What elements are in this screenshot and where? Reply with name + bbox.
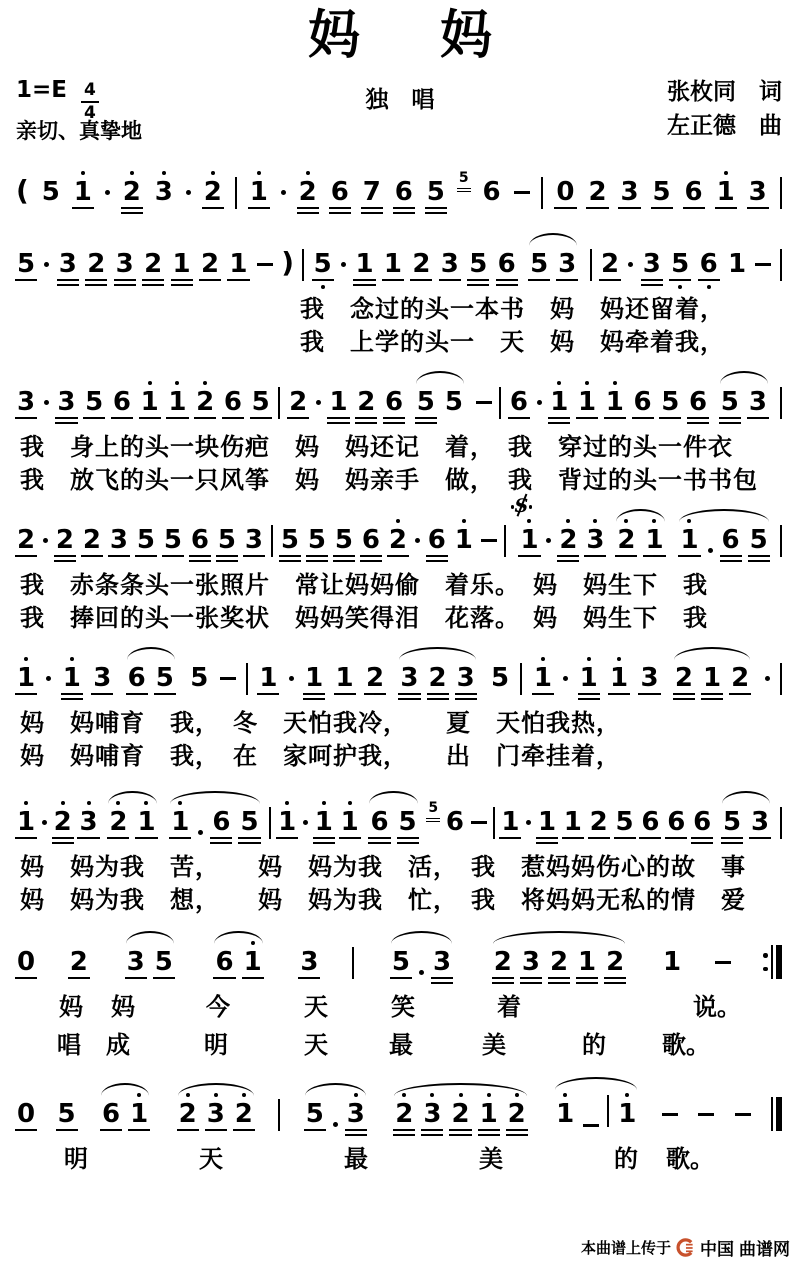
duration-underline <box>329 212 351 214</box>
duration-underline <box>56 1129 78 1131</box>
duration-underline <box>329 207 351 209</box>
barline <box>780 663 782 695</box>
duration-underline <box>665 837 687 839</box>
duration-underline <box>426 821 440 823</box>
note: 5 <box>468 251 488 277</box>
slur-group: 21 <box>612 527 668 553</box>
duration-underline <box>61 698 83 700</box>
note: 6 <box>361 527 381 553</box>
lyric-syllable: 歌。 <box>666 1142 714 1175</box>
augmentation-dot <box>289 676 294 681</box>
duration-underline <box>618 207 640 209</box>
note: 6 <box>699 251 719 277</box>
lyricist-credit: 张枚同 词 <box>667 75 782 109</box>
duration-underline <box>298 977 320 979</box>
note: 2 <box>730 665 750 691</box>
augmentation-dot <box>563 676 568 681</box>
duration-underline <box>421 1129 443 1131</box>
note: 7 <box>362 179 382 205</box>
duration-underline <box>368 842 390 844</box>
augmentation-dot <box>708 548 713 553</box>
duration-underline <box>339 837 361 839</box>
note: 2 <box>356 389 376 415</box>
augmentation-dot <box>303 820 308 825</box>
dash-extension <box>514 191 530 194</box>
octave-dot-above <box>175 381 179 385</box>
lyric-syllable: 天 <box>199 1142 223 1175</box>
octave-dot-above <box>178 801 182 805</box>
duration-underline <box>303 693 325 695</box>
duration-underline <box>576 982 598 984</box>
duration-underline <box>169 837 191 839</box>
barline <box>780 249 782 281</box>
duration-underline <box>85 279 107 281</box>
augmentation-dot <box>765 676 770 681</box>
slur-group: 23212 <box>390 1101 530 1127</box>
note: 2 <box>200 251 220 277</box>
grace-note: 5 <box>427 801 439 815</box>
note: 3 <box>440 251 460 277</box>
slur-group: 65 <box>123 665 179 691</box>
lyric-syllable: 美 <box>479 1142 503 1175</box>
duration-underline <box>608 693 630 695</box>
note: 1 <box>563 809 583 835</box>
barline <box>504 525 506 557</box>
note: 1 <box>328 389 348 415</box>
lyric-syllable: 唱 <box>57 1028 81 1061</box>
duration-underline <box>57 284 79 286</box>
duration-underline <box>189 560 211 562</box>
note: 5 <box>720 389 740 415</box>
note: 3 <box>206 1101 226 1127</box>
barline <box>541 177 543 209</box>
duration-underline <box>213 977 235 979</box>
lyric-line: 我 身上的头一块伤疤 妈 妈还记 着， 我 穿过的头一件衣 <box>20 430 786 463</box>
music-system: 2223556535556261S12321165我 赤条条头一张照片 常让妈妈… <box>14 505 786 634</box>
octave-dot-above <box>462 519 466 523</box>
augmentation-dot <box>198 830 203 835</box>
note: 6 <box>394 179 414 205</box>
augmentation-dot <box>44 262 49 267</box>
note: 1 <box>172 251 192 277</box>
note: 1 <box>335 665 355 691</box>
duration-underline <box>578 693 600 695</box>
slur-group: 35 <box>122 949 178 975</box>
note: 6 <box>427 527 447 553</box>
augmentation-dot <box>526 820 531 825</box>
duration-underline <box>171 284 193 286</box>
note: 3 <box>299 949 319 975</box>
octave-dot-above <box>625 1093 629 1097</box>
duration-underline <box>397 837 419 839</box>
note: 1 <box>249 179 269 205</box>
duration-underline <box>508 417 530 419</box>
lyric-syllable: 着 <box>497 990 521 1023</box>
note: 2 <box>493 949 513 975</box>
augmentation-dot <box>333 1122 338 1127</box>
note: 5 <box>251 389 271 415</box>
dash-extension <box>471 821 487 824</box>
duration-underline <box>383 422 405 424</box>
octave-dot-above <box>186 1093 190 1097</box>
duration-underline <box>162 555 184 557</box>
duration-underline <box>128 1129 150 1131</box>
note: 2 <box>298 179 318 205</box>
note: 2 <box>234 1101 254 1127</box>
note: 1 <box>73 179 93 205</box>
note: 1 <box>277 809 297 835</box>
note: 3 <box>346 1101 366 1127</box>
notation-row: 1232116511165561112566653 <box>14 781 786 850</box>
duration-underline <box>139 417 161 419</box>
duration-underline <box>306 560 328 562</box>
credits: 张枚同 词 左正德 曲 <box>667 75 782 143</box>
note: 1 <box>500 809 520 835</box>
octave-dot-above <box>348 801 352 805</box>
expression-marking: 亲切、真挚地 <box>16 115 142 145</box>
octave-dot-above <box>515 1093 519 1097</box>
note: 2 <box>203 179 223 205</box>
note: 3 <box>109 527 129 553</box>
lyric-syllable: 妈 <box>59 990 83 1023</box>
duration-underline <box>520 982 542 984</box>
note: 5 <box>444 389 464 415</box>
duration-underline <box>520 977 542 979</box>
dash-extension <box>735 1113 751 1116</box>
barline <box>520 663 522 695</box>
duration-underline <box>425 212 447 214</box>
sheet-music-page: 妈妈 1=E44 亲切、真挚地 独 唱 张枚同 词 左正德 曲 (5123212… <box>0 0 800 1266</box>
duration-underline <box>426 555 448 557</box>
note: 6 <box>666 809 686 835</box>
lyric-line: 妈 妈哺育 我， 冬 天怕我冷， 夏 天怕我热， <box>20 706 786 739</box>
duration-underline <box>615 555 637 557</box>
duration-underline <box>83 417 105 419</box>
duration-underline <box>108 555 130 557</box>
octave-dot-above <box>87 801 91 805</box>
barline <box>499 387 501 419</box>
duration-underline <box>701 698 723 700</box>
note: 5 <box>280 527 300 553</box>
duration-underline <box>426 560 448 562</box>
note: 2 <box>143 251 163 277</box>
dash-extension <box>220 677 236 680</box>
note: 2 <box>507 1101 527 1127</box>
duration-underline <box>111 417 133 419</box>
duration-underline <box>729 693 751 695</box>
note: 5 <box>722 809 742 835</box>
barline <box>278 387 280 419</box>
octave-dot-above <box>587 657 591 661</box>
note: 3 <box>399 665 419 691</box>
duration-underline <box>683 207 705 209</box>
note: 1 <box>577 949 597 975</box>
note: 6 <box>223 389 243 415</box>
note: 1 <box>129 1101 149 1127</box>
duration-underline <box>327 422 349 424</box>
augmentation-dot <box>419 970 424 975</box>
grace-note: 5 <box>458 171 470 185</box>
duration-underline <box>177 1129 199 1131</box>
note: 5 <box>660 389 680 415</box>
duration-underline <box>243 555 265 557</box>
octave-dot-below <box>678 285 682 289</box>
lyric-syllable: 明 <box>64 1142 88 1175</box>
augmentation-dot <box>537 400 542 405</box>
note: 6 <box>482 179 502 205</box>
duration-underline <box>68 977 90 979</box>
note: 0 <box>16 1101 36 1127</box>
duration-underline <box>304 1129 326 1131</box>
duration-underline <box>431 977 453 979</box>
lyric-syllable: 歌。 <box>662 1028 710 1061</box>
lyric-syllable: 的 <box>582 1028 606 1061</box>
octave-dot-above <box>566 519 570 523</box>
duration-underline <box>548 982 570 984</box>
duration-underline <box>398 693 420 695</box>
octave-dot-above <box>251 941 255 945</box>
slur-group: 165 <box>675 527 772 553</box>
final-barline <box>771 1097 782 1131</box>
note: 3 <box>748 179 768 205</box>
note: 5 <box>391 949 411 975</box>
duration-underline <box>312 279 334 281</box>
duration-underline <box>439 279 461 281</box>
duration-underline <box>153 977 175 979</box>
octave-dot-above <box>593 519 597 523</box>
duration-underline <box>425 207 447 209</box>
note: 5 <box>84 389 104 415</box>
note: 5 <box>57 1101 77 1127</box>
octave-dot-above <box>563 1093 567 1097</box>
octave-dot-above <box>242 1093 246 1097</box>
note: 2 <box>587 179 607 205</box>
duration-underline <box>306 555 328 557</box>
duration-underline <box>126 693 148 695</box>
duration-underline <box>355 417 377 419</box>
note: 1 <box>617 1101 637 1127</box>
duration-underline <box>639 837 661 839</box>
music-system: 023561353232121妈妈今天笑着说。唱成明天最美的歌。 <box>14 925 786 1066</box>
duration-underline <box>114 279 136 281</box>
duration-underline <box>81 555 103 557</box>
music-system: 0561232532321211明天最美的歌。 <box>14 1075 786 1180</box>
duration-underline <box>496 279 518 281</box>
duration-underline <box>584 555 606 557</box>
song-title: 妈妈 <box>14 8 786 65</box>
repeat-end-barline <box>763 945 782 979</box>
duration-underline <box>719 422 741 424</box>
barline <box>607 1095 609 1127</box>
duration-underline <box>238 837 260 839</box>
duration-underline <box>15 555 37 557</box>
duration-underline <box>353 279 375 281</box>
lyric-line: 我 上学的头一 天 妈 妈牵着我， <box>300 325 786 358</box>
note: 3 <box>748 389 768 415</box>
note: 6 <box>330 179 350 205</box>
duration-underline <box>496 284 518 286</box>
note: 6 <box>640 809 660 835</box>
note: 2 <box>605 949 625 975</box>
duration-underline <box>455 698 477 700</box>
duration-underline <box>54 555 76 557</box>
music-system: 53232121)51123565323561我 念过的头一本书 妈 妈还留着，… <box>14 229 786 358</box>
music-system: (51232126765560235613 <box>14 151 786 220</box>
barline <box>780 525 782 557</box>
duration-underline <box>748 555 770 557</box>
notation-row: 023561353232121 <box>14 925 786 990</box>
duration-underline <box>749 837 771 839</box>
duration-underline <box>698 279 720 281</box>
duration-underline <box>641 279 663 281</box>
duration-underline <box>355 422 377 424</box>
duration-underline <box>556 279 578 281</box>
duration-underline <box>557 555 579 557</box>
note: 3 <box>521 949 541 975</box>
note: 3 <box>92 665 112 691</box>
duration-underline <box>548 422 570 424</box>
duration-underline <box>719 417 741 419</box>
note: 3 <box>639 665 659 691</box>
note: 3 <box>619 179 639 205</box>
music-system: 113655111232351113212妈 妈哺育 我， 冬 天怕我冷， 夏 … <box>14 643 786 772</box>
duration-underline <box>360 560 382 562</box>
octave-dot-above <box>687 519 691 523</box>
lyric-line: 妈妈今天笑着说。 <box>14 990 786 1028</box>
duration-underline <box>15 279 37 281</box>
note: 1 <box>555 1101 575 1127</box>
duration-underline <box>721 837 743 839</box>
note: 5 <box>652 179 672 205</box>
duration-underline <box>233 1129 255 1131</box>
duration-underline <box>506 1129 528 1131</box>
duration-underline <box>216 555 238 557</box>
duration-underline <box>604 982 626 984</box>
note: 6 <box>497 251 517 277</box>
note: 2 <box>600 251 620 277</box>
composer-credit: 左正德 曲 <box>667 109 782 143</box>
barline <box>271 525 273 557</box>
duration-underline <box>720 555 742 557</box>
notation-row: 113655111232351113212 <box>14 643 786 706</box>
duration-underline <box>279 555 301 557</box>
note: 6 <box>688 389 708 415</box>
duration-underline <box>202 207 224 209</box>
note: 2 <box>108 809 128 835</box>
note: 5 <box>163 527 183 553</box>
barline <box>590 249 592 281</box>
note: 5 <box>749 527 769 553</box>
note: 2 <box>450 1101 470 1127</box>
dash-extension <box>715 961 731 964</box>
duration-underline <box>189 555 211 557</box>
duration-underline <box>673 698 695 700</box>
duration-underline <box>691 837 713 839</box>
duration-underline <box>393 207 415 209</box>
augmentation-dot <box>415 538 420 543</box>
duration-underline <box>142 284 164 286</box>
note: 5 <box>398 809 418 835</box>
duration-underline <box>393 212 415 214</box>
duration-underline <box>383 417 405 419</box>
duration-underline <box>361 207 383 209</box>
duration-underline <box>632 417 654 419</box>
barline <box>780 387 782 419</box>
octave-dot-above <box>144 801 148 805</box>
octave-dot-above <box>148 381 152 385</box>
duration-underline <box>518 555 540 557</box>
note: 1 <box>62 665 82 691</box>
note: 5 <box>305 1101 325 1127</box>
duration-underline <box>578 698 600 700</box>
note: 3 <box>432 949 452 975</box>
note: 1 <box>340 809 360 835</box>
duration-underline <box>333 560 355 562</box>
note: 5 <box>155 665 175 691</box>
note: 2 <box>69 949 89 975</box>
duration-underline <box>506 1134 528 1136</box>
duration-underline <box>57 279 79 281</box>
slur-group: 53 <box>525 251 581 277</box>
dash-extension <box>257 263 273 266</box>
duration-underline <box>586 207 608 209</box>
note: 5 <box>307 527 327 553</box>
duration-underline <box>121 207 143 209</box>
duration-underline <box>55 422 77 424</box>
octave-dot-above <box>203 381 207 385</box>
duration-underline <box>210 842 232 844</box>
augmentation-dot <box>42 820 47 825</box>
duration-underline <box>52 842 74 844</box>
duration-underline <box>427 693 449 695</box>
note: 1 <box>727 251 747 277</box>
notation-row: (51232126765560235613 <box>14 151 786 220</box>
note: 1 <box>228 251 248 277</box>
note: 1 <box>16 665 36 691</box>
slur-group: 212 <box>670 665 754 691</box>
duration-underline <box>361 212 383 214</box>
duration-underline <box>250 417 272 419</box>
note: 1 <box>140 389 160 415</box>
barline <box>780 807 782 839</box>
octave-dot-above <box>354 1093 358 1097</box>
dash-extension <box>476 401 492 404</box>
octave-dot-above <box>306 171 310 175</box>
octave-dot-above <box>257 171 261 175</box>
duration-underline <box>687 422 709 424</box>
lyric-line: 我 念过的头一本书 妈 妈还留着， <box>300 292 786 325</box>
duration-underline <box>562 837 584 839</box>
note: 3 <box>78 809 98 835</box>
notation-row: 2223556535556261S12321165 <box>14 505 786 568</box>
note: 5 <box>189 665 209 691</box>
note: 1 <box>304 665 324 691</box>
slur-group: 23212 <box>489 949 629 975</box>
slur-group: 61 <box>97 1101 153 1127</box>
duration-underline <box>427 698 449 700</box>
duration-underline <box>125 977 147 979</box>
note: 6 <box>692 809 712 835</box>
duration-underline <box>499 837 521 839</box>
lyric-line: 我 捧回的头一张奖状 妈妈笑得泪 花落。 妈 妈生下 我 <box>20 601 786 634</box>
duration-underline <box>345 1129 367 1131</box>
duration-underline <box>135 555 157 557</box>
octave-dot-above <box>61 801 65 805</box>
duration-underline <box>467 284 489 286</box>
duration-underline <box>478 1129 500 1131</box>
note: 5 <box>154 949 174 975</box>
duration-underline <box>382 279 404 281</box>
